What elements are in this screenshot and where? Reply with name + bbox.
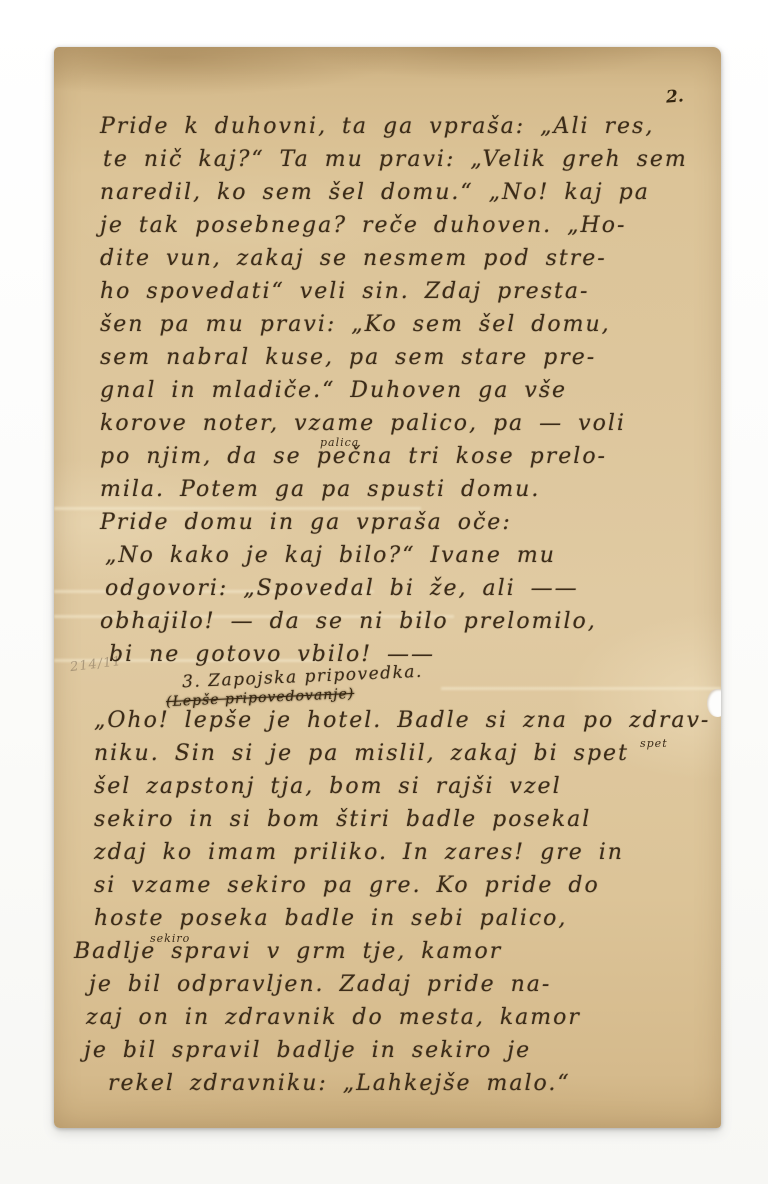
handwritten-line: rekel zdravniku: „Lahkejše malo.“: [108, 1067, 710, 1100]
paragraph-2: „Oho! lepše je hotel. Badle si zna po zd…: [94, 704, 710, 1100]
handwritten-line: „Oho! lepše je hotel. Badle si zna po zd…: [94, 704, 710, 737]
handwritten-line: Pride k duhovni, ta ga vpraša: „Ali res,: [100, 110, 688, 143]
handwritten-line: šel zapstonj tja, bom si rajši vzel: [94, 770, 710, 803]
handwritten-line: šen pa mu pravi: „Ko sem šel domu,: [100, 308, 688, 341]
handwritten-line: je tak posebnega? reče duhoven. „Ho-: [100, 209, 688, 242]
handwritten-line: je bil spravil badlje in sekiro je: [84, 1034, 710, 1067]
handwritten-line: hoste poseka badle in sebi palico,: [94, 902, 710, 935]
handwritten-line: „No kako je kaj bilo?“ Ivane mu: [105, 539, 688, 572]
handwritten-line: gnal in mladiče.“ Duhoven ga vše: [100, 374, 688, 407]
handwritten-line: ho spovedati“ veli sin. Zdaj presta-: [100, 275, 688, 308]
handwritten-line: obhajilo! — da se ni bilo prelomilo,: [100, 605, 688, 638]
handwritten-line: korove noter, vzame palico, pa — voli: [100, 407, 688, 440]
handwritten-line: zaj on in zdravnik do mesta, kamor: [86, 1001, 710, 1034]
handwritten-line: sekiro in si bom štiri badle posekal: [94, 803, 710, 836]
interline-insertion: sekiro: [150, 932, 190, 945]
handwritten-line: te nič kaj?“ Ta mu pravi: „Velik greh se…: [103, 143, 688, 176]
handwritten-line: naredil, ko sem šel domu.“ „No! kaj pa: [100, 176, 688, 209]
handwritten-line: niku. Sin si je pa mislil, zakaj bi spet: [94, 737, 710, 770]
paragraph-1: Pride k duhovni, ta ga vpraša: „Ali res,…: [100, 110, 688, 671]
handwritten-line: Pride domu in ga vpraša oče:: [100, 506, 688, 539]
page-number: 2.: [665, 86, 684, 107]
paper-sheet: 2. 214/11 Pride k duhovni, ta ga vpraša:…: [54, 47, 721, 1128]
handwritten-line: mila. Potem ga pa spusti domu.: [100, 473, 688, 506]
handwritten-line: sem nabral kuse, pa sem stare pre-: [100, 341, 688, 374]
handwritten-line: odgovori: „Spovedal bi že, ali ——: [105, 572, 688, 605]
paper-tear-notch: [707, 689, 721, 717]
manuscript-photo: 2. 214/11 Pride k duhovni, ta ga vpraša:…: [0, 0, 768, 1184]
handwritten-line: po njim, da se pečna tri kose prelo-: [100, 440, 688, 473]
handwritten-line: zdaj ko imam priliko. In zares! gre in: [94, 836, 710, 869]
paper-crease: [441, 687, 721, 690]
interline-insertion: palica: [320, 436, 359, 449]
handwritten-line: si vzame sekiro pa gre. Ko pride do: [94, 869, 710, 902]
handwritten-line: dite vun, zakaj se nesmem pod stre-: [100, 242, 688, 275]
handwritten-line: je bil odpravljen. Zadaj pride na-: [89, 968, 710, 1001]
interline-insertion: spet: [640, 737, 668, 750]
